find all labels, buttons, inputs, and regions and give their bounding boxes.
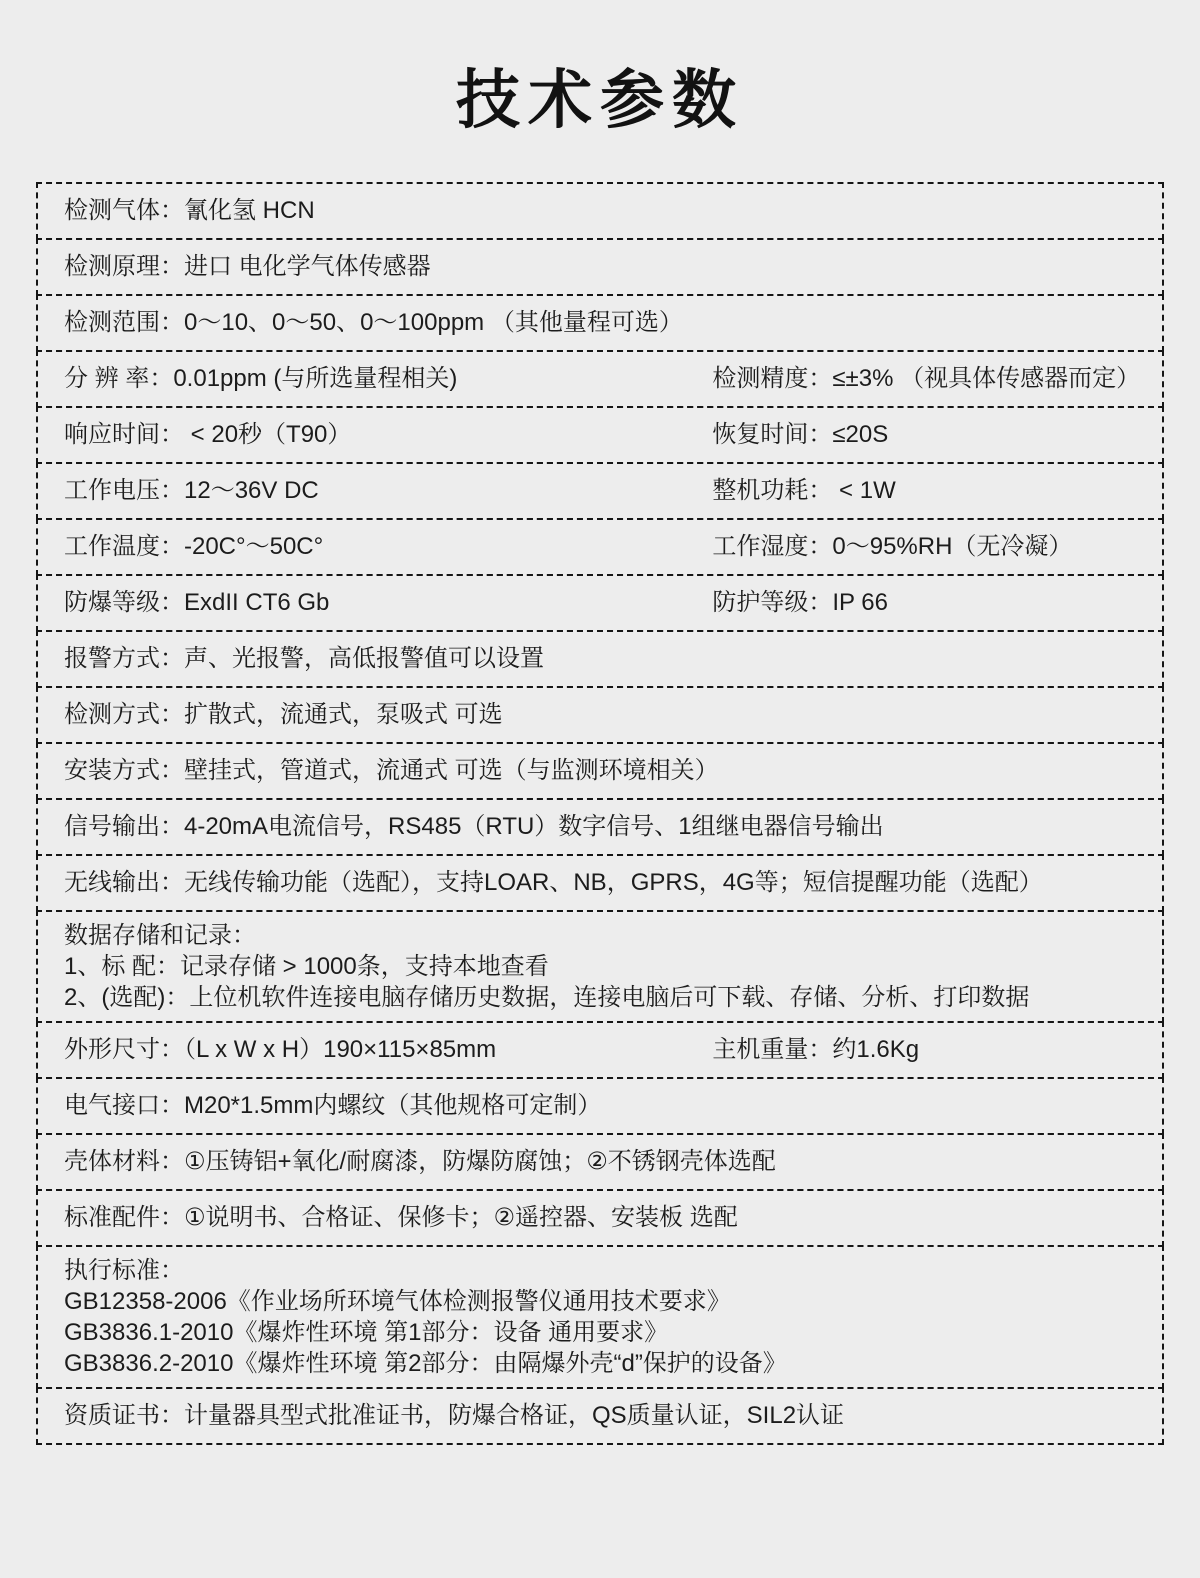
weight-text: 主机重量：约1.6Kg: [712, 1035, 1162, 1065]
working-humidity-text: 工作湿度：0～95%RH（无冷凝）: [712, 532, 1162, 562]
row-detection-mode-text: 检测方式：扩散式，流通式，泵吸式 可选: [64, 700, 503, 730]
row-detection-gas-text: 检测气体：氰化氢 HCN: [64, 196, 315, 226]
row-wireless-output-text: 无线输出：无线传输功能（选配），支持LOAR、NB，GPRS，4G等；短信提醒功…: [64, 868, 1043, 898]
executive-standards-line-4: GB3836.2-2010《爆炸性环境 第2部分：由隔爆外壳“d”保护的设备》: [64, 1348, 1152, 1379]
row-electrical-interface: 电气接口：M20*1.5mm内螺纹（其他规格可定制）: [36, 1077, 1164, 1135]
row-temperature-humidity: 工作温度：-20C°～50C° 工作湿度：0～95%RH（无冷凝）: [36, 518, 1164, 576]
dimensions-text: 外形尺寸：（L x W x H）190×115×85mm: [38, 1035, 712, 1065]
data-storage-line-3: 2、(选配)：上位机软件连接电脑存储历史数据，连接电脑后可下载、存储、分析、打印…: [64, 982, 1152, 1013]
power-consumption-text: 整机功耗： < 1W: [712, 476, 1162, 506]
row-detection-range-text: 检测范围：0～10、0～50、0～100ppm （其他量程可选）: [64, 308, 683, 338]
accuracy-text: 检测精度：≤±3% （视具体传感器而定）: [712, 364, 1162, 394]
row-detection-principle-text: 检测原理：进口 电化学气体传感器: [64, 252, 431, 282]
row-detection-mode: 检测方式：扩散式，流通式，泵吸式 可选: [36, 686, 1164, 744]
row-executive-standards: 执行标准： GB12358-2006《作业场所环境气体检测报警仪通用技术要求》 …: [36, 1245, 1164, 1389]
row-explosion-protection-grade: 防爆等级：ExdII CT6 Gb 防护等级：IP 66: [36, 574, 1164, 632]
page-title: 技术参数: [0, 0, 1200, 138]
row-data-storage: 数据存储和记录： 1、标 配：记录存储 > 1000条，支持本地查看 2、(选配…: [36, 910, 1164, 1023]
spec-table: 检测气体：氰化氢 HCN 检测原理：进口 电化学气体传感器 检测范围：0～10、…: [36, 182, 1164, 1445]
row-qualification-certificates: 资质证书：计量器具型式批准证书，防爆合格证，QS质量认证，SIL2认证: [36, 1387, 1164, 1445]
working-temperature-text: 工作温度：-20C°～50C°: [38, 532, 712, 562]
executive-standards-line-2: GB12358-2006《作业场所环境气体检测报警仪通用技术要求》: [64, 1286, 1152, 1317]
explosion-proof-grade-text: 防爆等级：ExdII CT6 Gb: [38, 588, 712, 618]
recovery-time-text: 恢复时间：≤20S: [712, 420, 1162, 450]
row-signal-output: 信号输出：4-20mA电流信号，RS485（RTU）数字信号、1组继电器信号输出: [36, 798, 1164, 856]
row-qualification-certificates-text: 资质证书：计量器具型式批准证书，防爆合格证，QS质量认证，SIL2认证: [64, 1401, 844, 1431]
row-alarm-mode: 报警方式：声、光报警，高低报警值可以设置: [36, 630, 1164, 688]
row-wireless-output: 无线输出：无线传输功能（选配），支持LOAR、NB，GPRS，4G等；短信提醒功…: [36, 854, 1164, 912]
row-standard-accessories-text: 标准配件：①说明书、合格证、保修卡；②遥控器、安装板 选配: [64, 1203, 738, 1233]
row-dimensions-weight: 外形尺寸：（L x W x H）190×115×85mm 主机重量：约1.6Kg: [36, 1021, 1164, 1079]
row-installation-mode-text: 安装方式：壁挂式，管道式，流通式 可选（与监测环境相关）: [64, 756, 719, 786]
row-resolution-accuracy: 分 辨 率：0.01ppm (与所选量程相关) 检测精度：≤±3% （视具体传感…: [36, 350, 1164, 408]
row-detection-principle: 检测原理：进口 电化学气体传感器: [36, 238, 1164, 296]
row-installation-mode: 安装方式：壁挂式，管道式，流通式 可选（与监测环境相关）: [36, 742, 1164, 800]
row-response-recovery-time: 响应时间： < 20秒（T90） 恢复时间：≤20S: [36, 406, 1164, 464]
response-time-text: 响应时间： < 20秒（T90）: [38, 420, 712, 450]
row-detection-gas: 检测气体：氰化氢 HCN: [36, 182, 1164, 240]
row-housing-material: 壳体材料：①压铸铝+氧化/耐腐漆，防爆防腐蚀；②不锈钢壳体选配: [36, 1133, 1164, 1191]
resolution-text: 分 辨 率：0.01ppm (与所选量程相关): [38, 364, 712, 394]
data-storage-line-1: 数据存储和记录：: [64, 920, 1152, 951]
data-storage-line-2: 1、标 配：记录存储 > 1000条，支持本地查看: [64, 951, 1152, 982]
protection-grade-text: 防护等级：IP 66: [712, 588, 1162, 618]
row-housing-material-text: 壳体材料：①压铸铝+氧化/耐腐漆，防爆防腐蚀；②不锈钢壳体选配: [64, 1147, 776, 1177]
row-detection-range: 检测范围：0～10、0～50、0～100ppm （其他量程可选）: [36, 294, 1164, 352]
row-standard-accessories: 标准配件：①说明书、合格证、保修卡；②遥控器、安装板 选配: [36, 1189, 1164, 1247]
row-signal-output-text: 信号输出：4-20mA电流信号，RS485（RTU）数字信号、1组继电器信号输出: [64, 812, 884, 842]
row-voltage-power: 工作电压：12～36V DC 整机功耗： < 1W: [36, 462, 1164, 520]
row-electrical-interface-text: 电气接口：M20*1.5mm内螺纹（其他规格可定制）: [64, 1091, 601, 1121]
executive-standards-line-1: 执行标准：: [64, 1255, 1152, 1286]
working-voltage-text: 工作电压：12～36V DC: [38, 476, 712, 506]
executive-standards-line-3: GB3836.1-2010《爆炸性环境 第1部分：设备 通用要求》: [64, 1317, 1152, 1348]
row-alarm-mode-text: 报警方式：声、光报警，高低报警值可以设置: [64, 644, 544, 674]
